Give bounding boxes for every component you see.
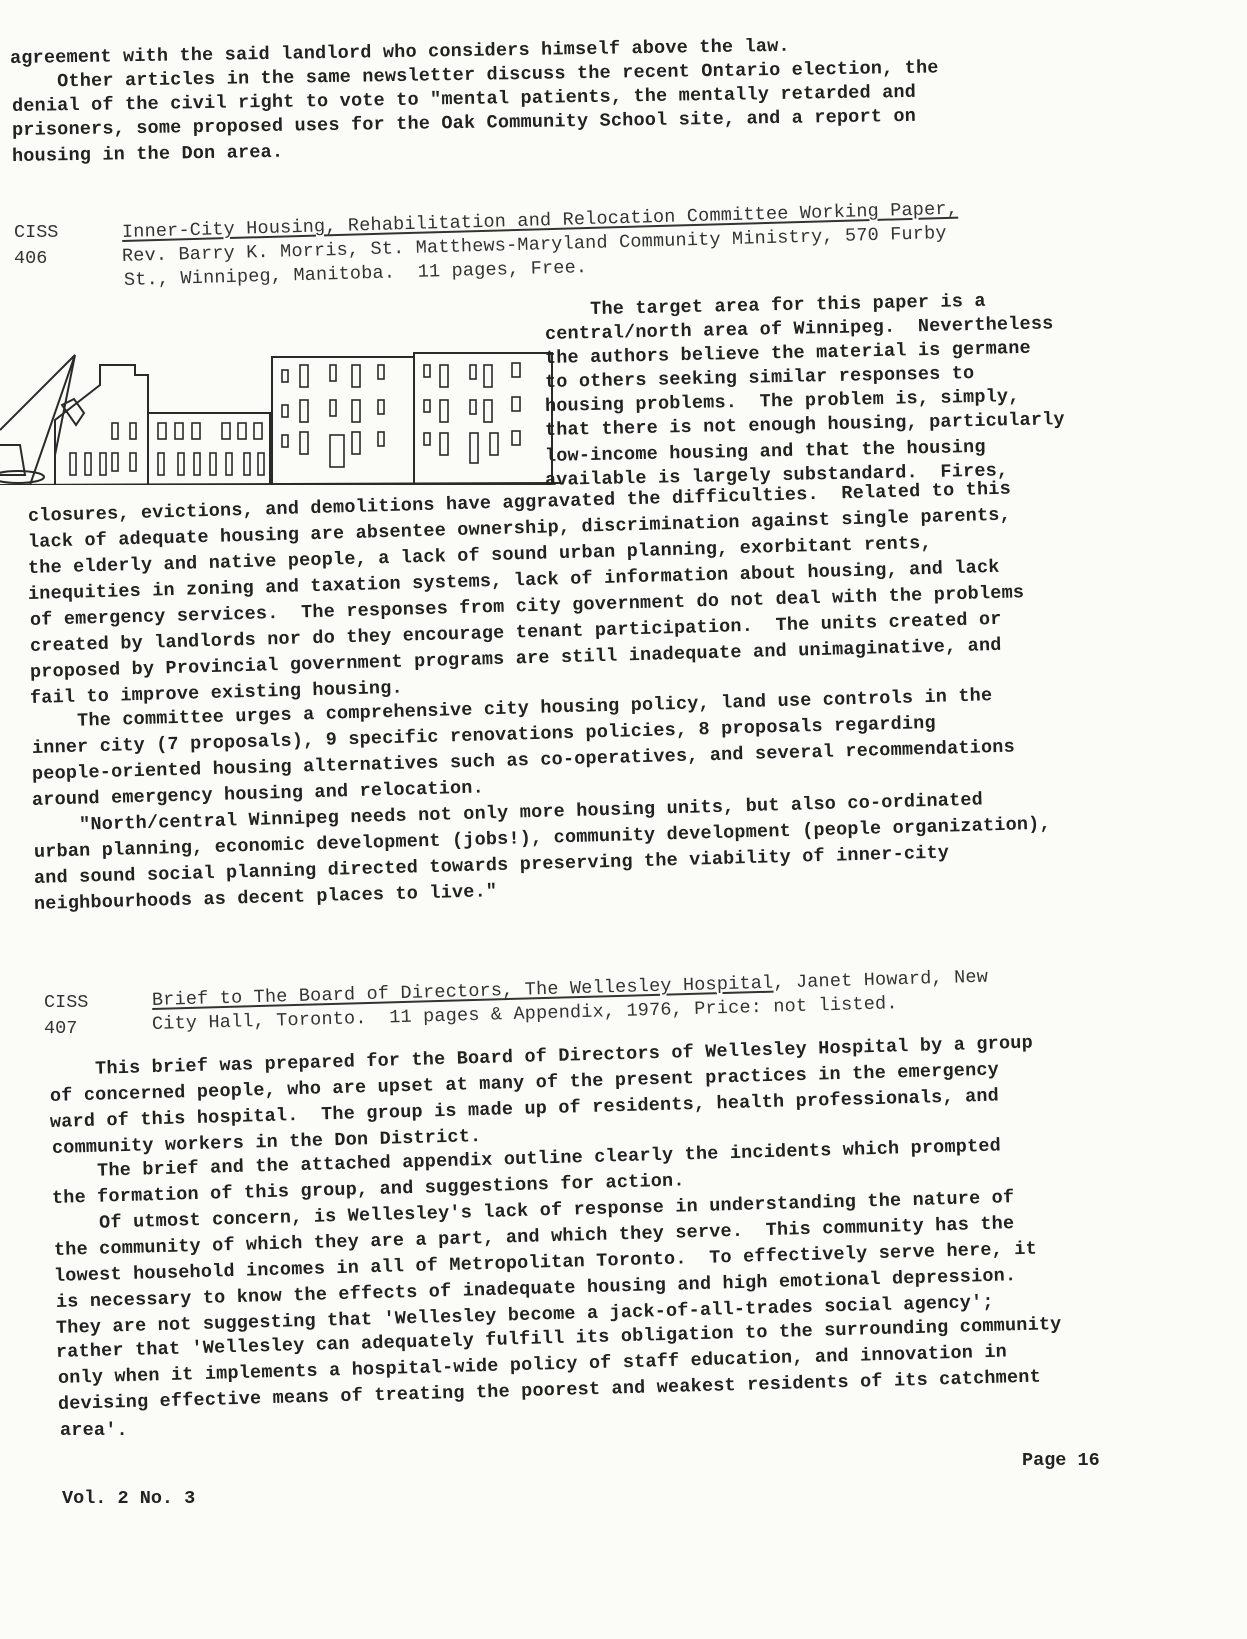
entry-number: 406 (14, 246, 47, 272)
buildings-illustration (0, 335, 560, 485)
entry-number: 407 (44, 1016, 77, 1042)
volume-label: Vol. 2 No. 3 (62, 1488, 195, 1509)
document-page: agreement with the said landlord who con… (0, 0, 1247, 1639)
entry-title-rest: , Janet Howard, New (773, 967, 988, 994)
page-number: Page 16 (1022, 1450, 1100, 1471)
entry-code: CISS (14, 220, 58, 246)
entry-code: CISS (44, 990, 88, 1016)
text-line: housing in the Don area. (12, 142, 284, 168)
text-line: area'. (60, 1420, 128, 1442)
